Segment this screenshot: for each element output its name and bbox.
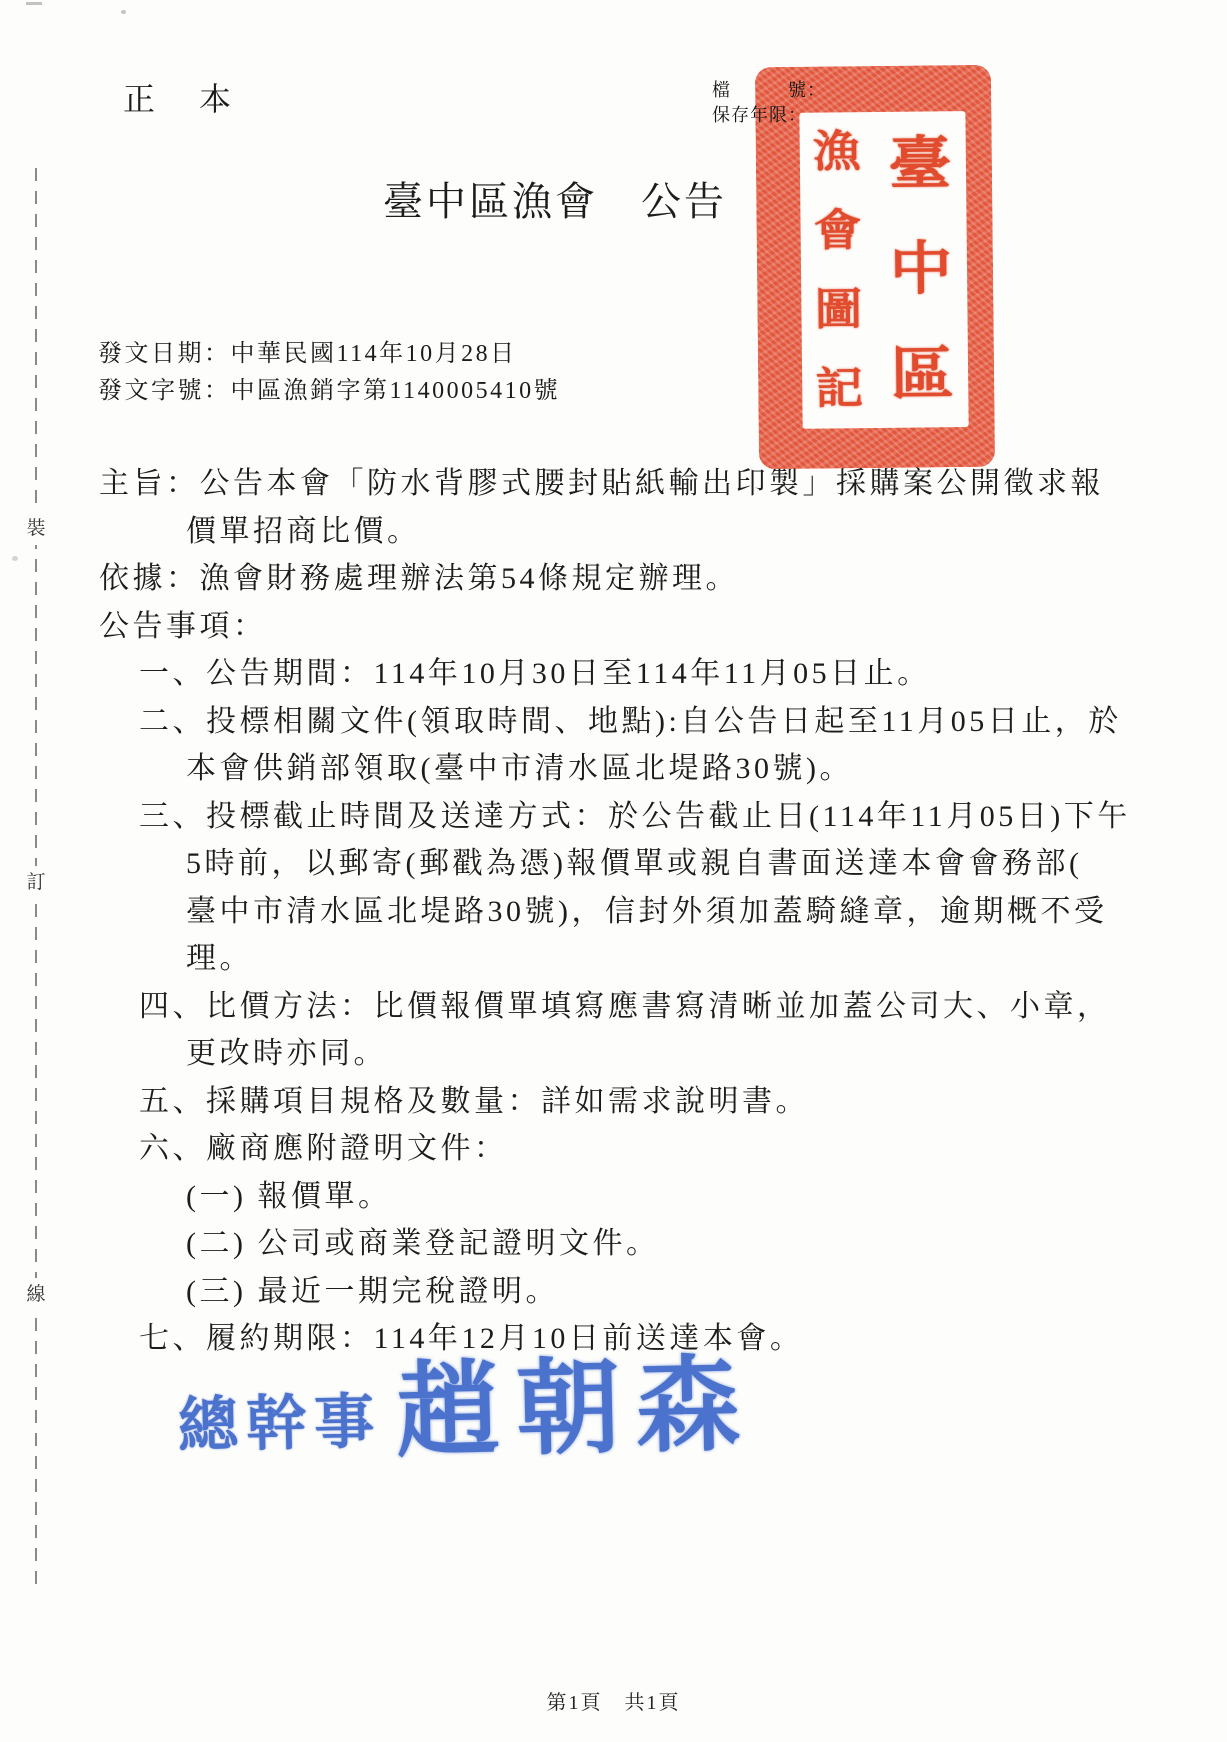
retention-period-label: 保存年限： <box>712 103 826 128</box>
body-line-item-4a: 四、比價方法：比價報價單填寫應書寫清晰並加蓋公司大、小章， <box>0 983 1210 1031</box>
scan-artifact <box>26 2 42 5</box>
original-copy-label: 正 本 <box>123 74 237 120</box>
body-line-basis: 依據：漁會財務處理辦法第54條規定辦理。 <box>0 555 1210 603</box>
seal-char: 漁 <box>813 130 861 174</box>
body-line-subject-2: 價單招商比價。 <box>0 508 1210 556</box>
body-line-item-6-3: (三) 最近一期完稅證明。 <box>0 1268 1210 1316</box>
announcement-document-page: 裝 訂 線 正 本 臺中區漁會 公告 檔 號： 保存年限： 漁 會 圖 記 臺 … <box>0 0 1227 1742</box>
general-manager-signature-stamp: 總幹事 趙朝森 <box>177 1354 757 1470</box>
body-line-item-3b: 5時前，以郵寄(郵戳為憑)報價單或親自書面送達本會會務部( <box>0 840 1210 888</box>
seal-left-column: 漁 會 圖 記 <box>799 112 877 429</box>
seal-char: 記 <box>816 367 864 411</box>
body-line-item-3d: 理。 <box>0 935 1210 983</box>
body-line-item-2a: 二、投標相關文件(領取時間、地點):自公告日起至11月05日止，於 <box>0 698 1210 746</box>
body-line-item-5: 五、採購項目規格及數量：詳如需求說明書。 <box>0 1078 1210 1126</box>
scan-artifact <box>121 10 126 14</box>
seal-char: 臺 <box>889 135 952 194</box>
issue-date-line: 發文日期：中華民國114年10月28日 <box>98 333 517 368</box>
file-info-block: 檔 號： 保存年限： <box>712 78 826 128</box>
seal-inner-area: 漁 會 圖 記 臺 中 區 <box>799 111 968 429</box>
document-title: 臺中區漁會 公告 <box>383 170 727 227</box>
body-line-item-4b: 更改時亦同。 <box>0 1030 1210 1078</box>
seal-char: 會 <box>814 209 862 253</box>
signer-name: 趙朝森 <box>395 1354 757 1466</box>
seal-right-column: 臺 中 區 <box>874 111 969 428</box>
seal-char: 中 <box>890 240 953 299</box>
body-line-items-head: 公告事項： <box>0 603 1210 651</box>
body-line-subject-1: 主旨：公告本會「防水背膠式腰封貼紙輸出印製」採購案公開徵求報 <box>0 460 1210 508</box>
page-number-footer: 第1頁 共1頁 <box>0 1686 1227 1715</box>
body-line-item-6: 六、廠商應附證明文件： <box>0 1125 1210 1173</box>
announcement-body: 主旨：公告本會「防水背膠式腰封貼紙輸出印製」採購案公開徵求報 價單招商比價。 依… <box>0 460 1210 1363</box>
signer-title: 總幹事 <box>178 1392 383 1456</box>
body-line-item-1: 一、公告期間：114年10月30日至114年11月05日止。 <box>0 650 1210 698</box>
body-line-item-2b: 本會供銷部領取(臺中市清水區北堤路30號)。 <box>0 745 1210 793</box>
body-line-item-6-1: (一) 報價單。 <box>0 1173 1210 1221</box>
seal-char: 區 <box>891 345 954 404</box>
body-line-item-3c: 臺中市清水區北堤路30號)，信封外須加蓋騎縫章，逾期概不受 <box>0 888 1210 936</box>
seal-char: 圖 <box>815 288 863 332</box>
body-line-item-6-2: (二) 公司或商業登記證明文件。 <box>0 1220 1210 1268</box>
file-number-label: 檔 號： <box>712 78 826 103</box>
issue-number-line: 發文字號：中區漁銷字第1140005410號 <box>98 370 560 405</box>
body-line-item-3a: 三、投標截止時間及送達方式：於公告截止日(114年11月05日)下午 <box>0 793 1210 841</box>
